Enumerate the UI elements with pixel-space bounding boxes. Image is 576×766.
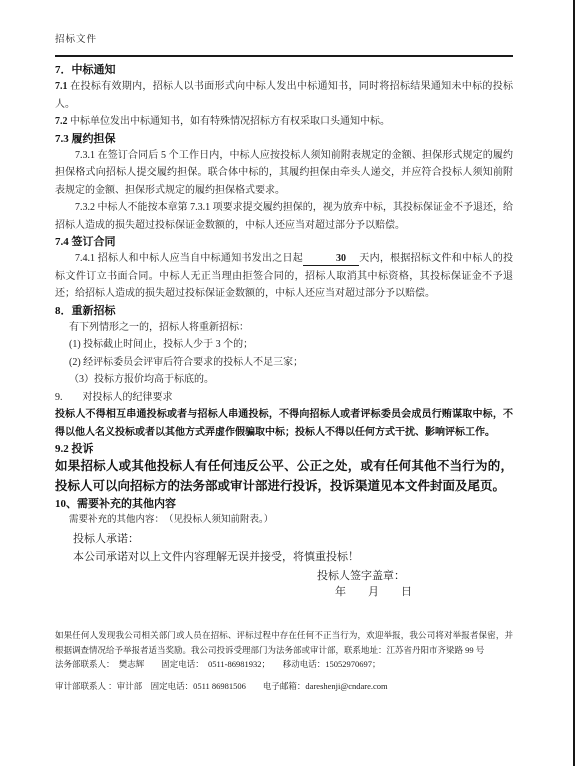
para-8-item-2: (2) 经评标委员会评审后符合要求的投标人不足三家； [55, 354, 513, 372]
section-10-heading: 10、需要补充的其他内容 [55, 496, 513, 512]
section-7-3-heading: 7.3 履约担保 [55, 131, 513, 147]
para-10-promise-text: 本公司承诺对以上文件内容理解无误并接受，将慎重投标！ [55, 548, 513, 566]
para-7-1: 7.1 在投标有效期内，招标人以书面形式向中标人发出中标通知书，同时将招标结果通… [55, 78, 513, 113]
section-9-heading: 9. 对投标人的纪律要求 [55, 389, 513, 407]
para-10-promise-label: 投标人承诺： [55, 530, 513, 548]
para-7-2: 7.2 中标单位发出中标通知书，如有特殊情况招标方有权采取口头通知中标。 [55, 113, 513, 131]
signature-date-line: 年 月 日 [55, 584, 513, 601]
page-right-edge [573, 0, 575, 766]
para-8-item-1: (1) 投标截止时间止，投标人少于 3 个的； [55, 336, 513, 354]
para-8-item-3: （3）投标方报价均高于标底的。 [55, 371, 513, 389]
para-7-4-1: 7.4.1 招标人和中标人应当自中标通知书发出之日起30天内，根据招标文件和中标… [55, 250, 513, 303]
para-9-2-complaint: 如果招标人或其他投标人有任何违反公平、公正之处，或有任何其他不当行为的，投标人可… [55, 457, 513, 496]
para-7-3-2: 7.3.2 中标人不能按本章第 7.3.1 项要求提交履约担保的，视为放弃中标，… [55, 199, 513, 234]
header-rule [55, 55, 513, 57]
para-7-1-number: 7.1 [55, 81, 68, 92]
para-8-intro: 有下列情形之一的，招标人将重新招标： [55, 319, 513, 337]
para-7-4-1-prefix: 7.4.1 招标人和中标人应当自中标通知书发出之日起 [75, 253, 303, 264]
page-content: 招标文件 7．中标通知 7.1 在投标有效期内，招标人以书面形式向中标人发出中标… [55, 34, 513, 601]
page-footer: 如果任何人发现我公司相关部门或人员在招标、评标过程中存在任何不正当行为，欢迎举报… [55, 628, 513, 693]
section-7-4-heading: 7.4 签订合同 [55, 234, 513, 250]
para-7-1-text: 在投标有效期内，招标人以书面形式向中标人发出中标通知书，同时将招标结果通知未中标… [55, 81, 513, 110]
footer-notice: 如果任何人发现我公司相关部门或人员在招标、评标过程中存在任何不正当行为，欢迎举报… [55, 628, 513, 657]
contract-days-blank: 30 [303, 253, 359, 266]
section-9-2-heading: 9.2 投诉 [55, 441, 513, 457]
para-7-2-text: 中标单位发出中标通知书，如有特殊情况招标方有权采取口头通知中标。 [68, 116, 391, 127]
doc-header-label: 招标文件 [55, 34, 513, 46]
document-page: 招标文件 7．中标通知 7.1 在投标有效期内，招标人以书面形式向中标人发出中标… [0, 0, 576, 766]
section-7-heading: 7．中标通知 [55, 62, 513, 78]
section-8-heading: 8．重新招标 [55, 303, 513, 319]
signature-block: 投标人签字盖章： 年 月 日 [55, 568, 513, 601]
para-7-2-number: 7.2 [55, 116, 68, 127]
signature-label: 投标人签字盖章： [55, 568, 513, 584]
para-7-3-1: 7.3.1 在签订合同后 5 个工作日内，中标人应按投标人须知前附表规定的金额、… [55, 147, 513, 200]
footer-audit-contact: 审计部联系人 ：审计部 固定电话：0511 86981506 电子邮箱：dare… [55, 679, 513, 694]
para-9-discipline: 投标人不得相互串通投标或者与招标人串通投标，不得向招标人或者评标委员会成员行贿谋… [55, 406, 513, 441]
para-10-supplement: 需要补充的其他内容： （见投标人须知前附表。） [55, 512, 513, 530]
footer-legal-contact: 法务部联系人： 樊志辉 固定电话： 0511-86981932； 移动电话：15… [55, 657, 513, 672]
